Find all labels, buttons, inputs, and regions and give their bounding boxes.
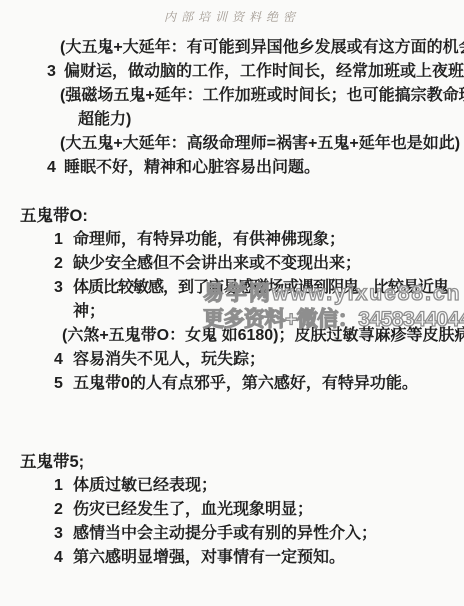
item-text: 五鬼带0的人有点邪乎，第六感好，有特异功能。 [73,375,418,392]
list-item: 3体质比较敏感，到了庙易感磁场或遇到阴鬼，比较易近鬼 [0,276,464,300]
item-text: 体质比较敏感，到了庙易感磁场或遇到阴鬼，比较易近鬼 [73,279,448,296]
document-page: 内部培训资料绝密 (大五鬼+大延年：有可能到异国他乡发展或有这方面的机会) 3偏… [0,0,464,606]
item-text: 神； [73,303,105,320]
note-text: (大五鬼+大延年：高级命理师=祸害+五鬼+延年也是如此) [60,135,460,152]
confidential-watermark: 内部培训资料绝密 [0,0,464,28]
wrapped-line: 神； [0,300,464,324]
list-item: 5五鬼带0的人有点邪乎，第六感好，有特异功能。 [0,372,464,396]
item-number: 3 [54,276,73,300]
paren-note-continuation: 超能力) [0,108,464,132]
item-text: 体质过敏已经表现； [73,477,217,494]
item-number: 5 [54,372,73,396]
item-number: 3 [54,522,73,546]
item-text: 命理师，有特异功能，有供神佛现象； [73,231,345,248]
item-text: 睡眠不好，精神和心脏容易出问题。 [64,159,320,176]
list-item: 4第六感明显增强，对事情有一定预知。 [0,546,464,570]
list-item: 1命理师，有特异功能，有供神佛现象； [0,228,464,252]
document-content: (大五鬼+大延年：有可能到异国他乡发展或有这方面的机会) 3偏财运，做动脑的工作… [0,28,464,570]
item-text: 第六感明显增强，对事情有一定预知。 [73,549,345,566]
item-number: 2 [54,498,73,522]
item-number: 2 [54,252,73,276]
item-text: 伤灾已经发生了，血光现象明显； [73,501,313,518]
note-text: (六煞+五鬼带O：女鬼 如6180)；皮肤过敏荨麻疹等皮肤病； [62,327,464,344]
item-number: 1 [54,228,73,252]
list-item: 4睡眠不好，精神和心脏容易出问题。 [0,156,464,180]
list-item: 2缺少安全感但不会讲出来或不变现出来； [0,252,464,276]
item-number: 4 [47,156,64,180]
section-heading-wugui-5: 五鬼带5; [0,450,464,474]
section-heading-wugui-o: 五鬼带O: [0,204,464,228]
paren-note-line: (强磁场五鬼+延年：工作加班或时间长；也可能搞宗教命理有 [0,84,464,108]
note-text: 超能力) [78,111,131,128]
list-item: 3感情当中会主动提分手或有别的异性介入； [0,522,464,546]
item-text: 容易消失不见人，玩失踪； [73,351,265,368]
note-text: (大五鬼+大延年：有可能到异国他乡发展或有这方面的机会) [60,39,464,56]
list-item: 3偏财运，做动脑的工作，工作时间长，经常加班或上夜班； [0,60,464,84]
list-item: 2伤灾已经发生了，血光现象明显； [0,498,464,522]
item-number: 4 [54,348,73,372]
note-text: (强磁场五鬼+延年：工作加班或时间长；也可能搞宗教命理有 [60,87,464,104]
item-number: 3 [47,60,64,84]
item-number: 1 [54,474,73,498]
item-text: 偏财运，做动脑的工作，工作时间长，经常加班或上夜班； [64,63,464,80]
list-item: 4容易消失不见人，玩失踪； [0,348,464,372]
list-item: 1体质过敏已经表现； [0,474,464,498]
paren-note-line: (大五鬼+大延年：高级命理师=祸害+五鬼+延年也是如此) [0,132,464,156]
item-number: 4 [54,546,73,570]
item-text: 缺少安全感但不会讲出来或不变现出来； [73,255,361,272]
paren-note-line: (六煞+五鬼带O：女鬼 如6180)；皮肤过敏荨麻疹等皮肤病； [0,324,464,348]
item-text: 感情当中会主动提分手或有别的异性介入； [73,525,377,542]
paren-note-line: (大五鬼+大延年：有可能到异国他乡发展或有这方面的机会) [0,36,464,60]
